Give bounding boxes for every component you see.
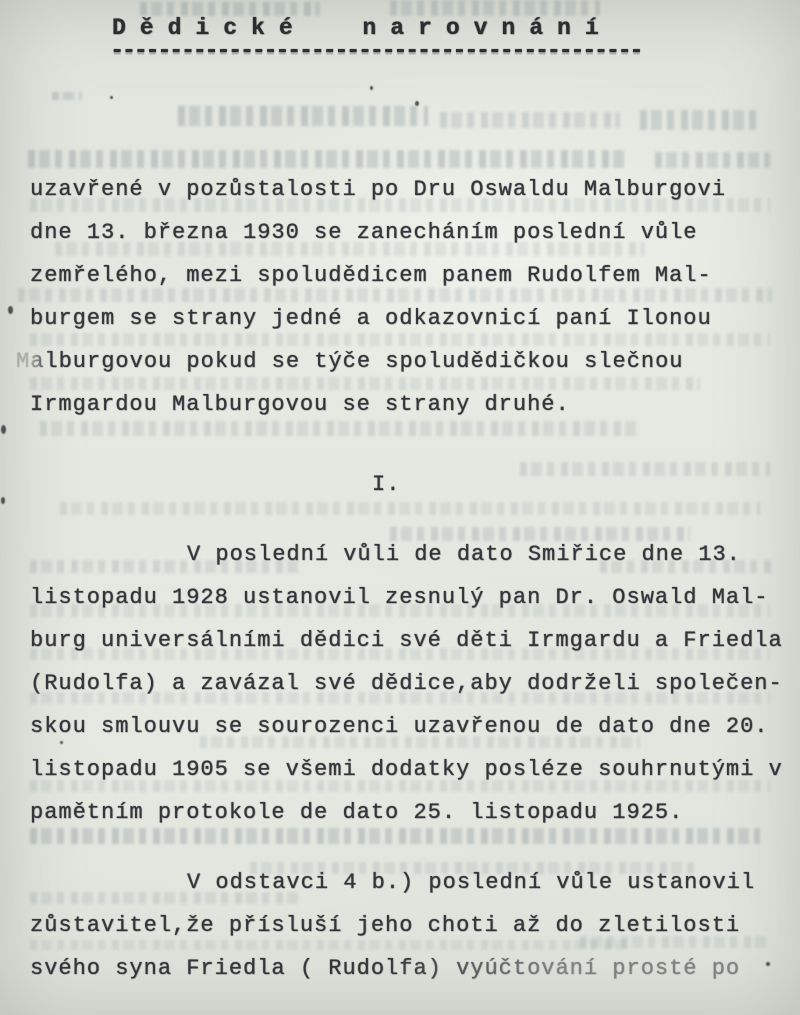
bleedthrough-smudge bbox=[52, 92, 82, 100]
bleedthrough-smudge bbox=[30, 377, 700, 390]
typed-line: burgem se strany jedné a odkazovnicí pan… bbox=[30, 306, 712, 332]
paper-speck bbox=[60, 741, 63, 744]
bleedthrough-smudge bbox=[390, 527, 690, 541]
title-underline: ----------------------------------------… bbox=[110, 38, 641, 65]
paper-speck bbox=[1, 425, 6, 434]
paper-speck bbox=[1, 497, 5, 504]
typed-line: Malburgovou pokud se týče spoludědičkou … bbox=[16, 349, 684, 375]
paper-speck bbox=[415, 101, 419, 106]
scanned-document-page: Dědické narovnání ----------------------… bbox=[0, 0, 800, 1015]
bleedthrough-smudge bbox=[640, 110, 760, 130]
typed-line: zemřelého, mezi spoludědicem panem Rudol… bbox=[30, 263, 712, 289]
section-heading-I: I. bbox=[372, 472, 400, 498]
bleedthrough-smudge bbox=[520, 462, 770, 476]
paper-speck bbox=[110, 96, 113, 99]
bleedthrough-smudge bbox=[440, 112, 620, 128]
typed-line: skou smlouvu se sourozenci uzavřenou de … bbox=[30, 714, 769, 740]
bleedthrough-smudge bbox=[18, 288, 772, 302]
typed-line: uzavřené v pozůstalosti po Dru Oswaldu M… bbox=[30, 177, 726, 203]
bleedthrough-smudge bbox=[60, 502, 760, 515]
bleedthrough-smudge bbox=[30, 828, 760, 844]
paper-speck bbox=[766, 962, 770, 966]
typed-line: zůstavitel,že přísluší jeho choti až do … bbox=[30, 913, 740, 939]
typed-line: (Rudolfa) a zavázal své dědice,aby dodrž… bbox=[30, 671, 783, 697]
typed-line: Irmgardou Malburgovou se strany druhé. bbox=[30, 392, 570, 418]
typed-line: svého syna Friedla ( Rudolfa) vyúčtování… bbox=[30, 956, 740, 982]
bleedthrough-smudge bbox=[28, 150, 628, 168]
bleedthrough-smudge bbox=[178, 106, 428, 126]
typed-line: listopadu 1905 se všemi dodatky posléze … bbox=[30, 757, 783, 783]
typed-line: V poslední vůli de dato Smiřice dne 13. bbox=[187, 542, 741, 568]
typed-line: burg universálními dědici své děti Irmga… bbox=[30, 628, 783, 654]
typed-line: V odstavci 4 b.) poslední vůle ustanovil bbox=[187, 870, 755, 896]
bleedthrough-smudge bbox=[30, 940, 630, 950]
bleedthrough-smudge bbox=[40, 421, 640, 436]
typed-line: listopadu 1928 ustanovil zesnulý pan Dr.… bbox=[30, 585, 769, 611]
bleedthrough-smudge bbox=[140, 2, 320, 16]
typed-line: dne 13. března 1930 se zanecháním posled… bbox=[30, 220, 698, 246]
bleedthrough-smudge bbox=[30, 333, 770, 346]
paper-speck bbox=[8, 306, 13, 314]
typed-line: pamětním protokole de dato 25. listopadu… bbox=[30, 800, 683, 826]
paper-speck bbox=[370, 86, 373, 90]
bleedthrough-smudge bbox=[655, 152, 770, 168]
bleedthrough-smudge bbox=[390, 0, 600, 16]
